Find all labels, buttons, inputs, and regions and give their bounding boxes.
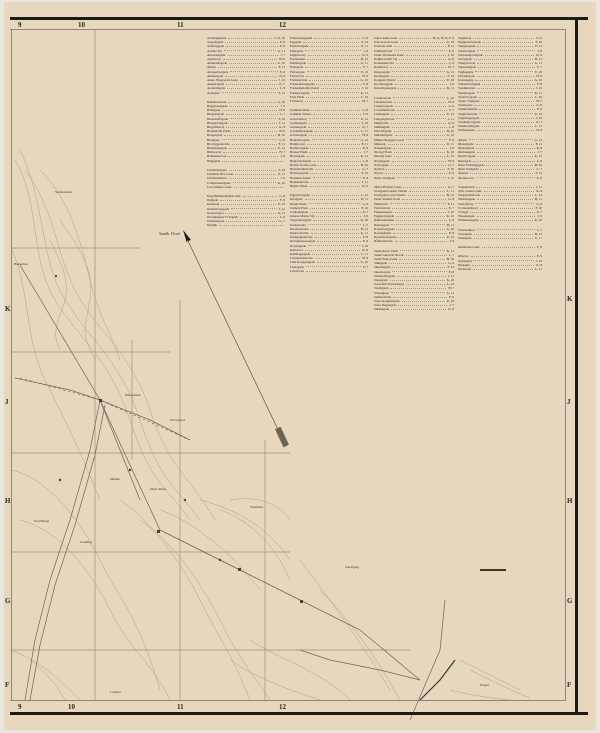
leader-dots bbox=[409, 189, 445, 192]
leader-dots bbox=[218, 65, 277, 68]
leader-dots bbox=[477, 197, 533, 200]
leader-dots bbox=[308, 244, 360, 247]
grid-reference: H, 7 bbox=[362, 99, 368, 103]
leader-dots bbox=[308, 53, 361, 56]
leader-dots bbox=[311, 180, 360, 183]
leader-dots bbox=[305, 49, 361, 52]
leader-dots bbox=[391, 163, 447, 166]
frame-top-border bbox=[10, 17, 588, 20]
leader-dots bbox=[480, 218, 532, 221]
leader-dots bbox=[477, 91, 533, 94]
leader-dots bbox=[481, 99, 534, 102]
leader-dots bbox=[312, 193, 359, 196]
grid-col-12-top: 12 bbox=[279, 21, 286, 29]
leader-dots bbox=[321, 86, 360, 89]
street-index-column-1: AabyhøjgadenG, 9, 10AagadegadeF, 9Aalbor… bbox=[207, 36, 285, 228]
street-name: Ørehoved bbox=[458, 267, 471, 271]
place-label: Søndermark bbox=[55, 190, 72, 194]
leader-dots bbox=[386, 167, 445, 170]
scale-bar bbox=[480, 569, 506, 571]
leader-dots bbox=[403, 185, 446, 188]
leader-dots bbox=[226, 44, 278, 47]
grid-col-9-bottom: 9 bbox=[18, 703, 22, 711]
leader-dots bbox=[315, 129, 359, 132]
leader-dots bbox=[309, 184, 360, 187]
leader-dots bbox=[475, 202, 534, 205]
leader-dots bbox=[391, 74, 445, 77]
leader-dots bbox=[306, 95, 359, 98]
inner-left-rule bbox=[11, 29, 12, 701]
leader-dots bbox=[306, 269, 366, 272]
leader-dots bbox=[479, 107, 535, 110]
inset-pointer-arrow bbox=[183, 230, 289, 447]
leader-dots bbox=[234, 185, 283, 188]
leader-dots bbox=[478, 154, 533, 157]
leader-dots bbox=[219, 223, 283, 226]
place-label: Bakkehus bbox=[14, 262, 28, 266]
leader-dots bbox=[229, 146, 276, 149]
grid-col-12-bottom: 12 bbox=[279, 703, 286, 711]
leader-dots bbox=[318, 163, 358, 166]
leader-dots bbox=[226, 219, 277, 222]
leader-dots bbox=[315, 235, 362, 238]
leader-dots bbox=[396, 117, 446, 120]
street-name: Suhmsgade bbox=[374, 307, 389, 311]
leader-dots bbox=[470, 210, 534, 213]
leader-dots bbox=[477, 44, 533, 47]
leader-dots bbox=[243, 194, 278, 197]
leader-dots bbox=[395, 210, 446, 213]
leader-dots bbox=[225, 211, 275, 214]
leader-dots bbox=[232, 142, 277, 145]
leader-dots bbox=[392, 270, 446, 273]
leader-dots bbox=[477, 150, 535, 153]
inner-top-rule bbox=[10, 29, 565, 30]
leader-dots bbox=[385, 171, 446, 174]
leader-dots bbox=[482, 193, 533, 196]
leader-dots bbox=[482, 245, 536, 248]
leader-dots bbox=[391, 223, 444, 226]
street-index-entry: Dyrkøb bbox=[207, 223, 285, 227]
leader-dots bbox=[221, 91, 276, 94]
leader-dots bbox=[392, 70, 445, 73]
grid-col-11-bottom: 11 bbox=[177, 703, 184, 711]
leader-dots bbox=[472, 263, 535, 266]
leader-dots bbox=[391, 291, 445, 294]
place-label: Nørremark bbox=[125, 393, 140, 397]
leader-dots bbox=[474, 259, 533, 262]
leader-dots bbox=[305, 99, 360, 102]
leader-dots bbox=[402, 299, 445, 302]
leader-dots bbox=[397, 108, 447, 111]
street-name: Løvstræde bbox=[290, 269, 304, 273]
leader-dots bbox=[393, 295, 447, 298]
leader-dots bbox=[227, 86, 278, 89]
leader-dots bbox=[226, 112, 278, 115]
leader-dots bbox=[228, 53, 279, 56]
grid-col-10-bottom: 10 bbox=[68, 703, 75, 711]
leader-dots bbox=[311, 231, 359, 234]
leader-dots bbox=[228, 154, 278, 157]
leader-dots bbox=[482, 124, 534, 127]
leader-dots bbox=[307, 142, 360, 145]
leader-dots bbox=[317, 239, 361, 242]
grid-reference: J, 12 bbox=[448, 176, 454, 180]
leader-dots bbox=[226, 125, 277, 128]
leader-dots bbox=[391, 307, 446, 310]
leader-dots bbox=[479, 95, 533, 98]
grid-row-g-left: G bbox=[5, 597, 10, 605]
leader-dots bbox=[311, 108, 360, 111]
street-name: Willemoesgade bbox=[458, 218, 478, 222]
leader-dots bbox=[316, 214, 361, 217]
leader-dots bbox=[395, 239, 448, 242]
leader-dots bbox=[476, 176, 535, 179]
leader-dots bbox=[399, 257, 444, 260]
leader-dots bbox=[474, 103, 534, 106]
leader-dots bbox=[309, 133, 360, 136]
leader-dots bbox=[485, 53, 534, 56]
leader-dots bbox=[392, 125, 447, 128]
street-index-entry: Løvstræde bbox=[290, 269, 368, 273]
leader-dots bbox=[392, 265, 445, 268]
leader-dots bbox=[486, 163, 532, 166]
leader-dots bbox=[406, 53, 446, 56]
frame-right-border bbox=[575, 17, 578, 715]
leader-dots bbox=[306, 265, 361, 268]
leader-dots bbox=[310, 210, 361, 213]
leader-dots bbox=[233, 181, 276, 184]
leader-dots bbox=[307, 70, 359, 73]
leader-dots bbox=[222, 138, 278, 141]
leader-dots bbox=[232, 129, 277, 132]
street-name: Zinnsgade bbox=[458, 236, 472, 240]
leader-dots bbox=[474, 236, 533, 239]
leader-dots bbox=[397, 274, 446, 277]
grid-row-f-left: F bbox=[5, 681, 9, 689]
leader-dots bbox=[474, 57, 533, 60]
grid-reference: K, 10 bbox=[535, 218, 542, 222]
leader-dots bbox=[230, 121, 277, 124]
leader-dots bbox=[476, 146, 534, 149]
leader-dots bbox=[313, 112, 361, 115]
place-label: Vestmark bbox=[250, 505, 263, 509]
leader-dots bbox=[477, 49, 535, 52]
leader-dots bbox=[313, 218, 358, 221]
leader-dots bbox=[305, 65, 361, 68]
leader-dots bbox=[229, 104, 278, 107]
leader-dots bbox=[310, 171, 359, 174]
grid-reference: J, 9 bbox=[449, 239, 454, 243]
grid-reference: F, 12 bbox=[278, 91, 285, 95]
leader-dots bbox=[391, 112, 445, 115]
inset-pointer-label: Sandb. Hvad bbox=[159, 231, 180, 236]
street-index-entry: SuhmsgadeK, 8 bbox=[374, 307, 454, 311]
leader-dots bbox=[398, 78, 445, 81]
leader-dots bbox=[398, 235, 445, 238]
leader-dots bbox=[309, 78, 358, 81]
leader-dots bbox=[303, 40, 359, 43]
leader-dots bbox=[228, 100, 275, 103]
street-index-column-3: Jakob Aalls GadeH, G, H, K, F, 9Jens Kof… bbox=[374, 36, 454, 312]
leader-dots bbox=[473, 36, 534, 39]
street-name: Krusemyntegade bbox=[374, 86, 396, 90]
leader-dots bbox=[471, 254, 535, 257]
grid-row-h-right: H bbox=[567, 497, 572, 505]
leader-dots bbox=[394, 154, 445, 157]
leader-dots bbox=[484, 189, 535, 192]
leader-dots bbox=[477, 61, 533, 64]
leader-dots bbox=[477, 128, 535, 131]
leader-dots bbox=[223, 150, 277, 153]
leader-dots bbox=[229, 176, 279, 179]
leader-dots bbox=[315, 256, 361, 259]
street-name: Ahlefeldts Gade bbox=[458, 245, 480, 249]
leader-dots bbox=[309, 117, 359, 120]
leader-dots bbox=[396, 214, 445, 217]
leader-dots bbox=[474, 232, 533, 235]
grid-row-h-left: H bbox=[5, 497, 10, 505]
grid-reference: L, 11 bbox=[535, 267, 542, 271]
street-name: Rådhusstræde bbox=[374, 239, 393, 243]
street-index-column-2: EckersbergsgadeG, 9EgegadeF, 10Ejdersted… bbox=[290, 36, 368, 273]
street-index-entry: ØrehovedL, 11 bbox=[458, 267, 542, 271]
inner-bottom-rule bbox=[10, 700, 565, 701]
grid-row-k-right: K bbox=[567, 295, 572, 303]
leader-dots bbox=[390, 202, 446, 205]
leader-dots bbox=[402, 197, 446, 200]
leader-dots bbox=[312, 91, 359, 94]
leader-dots bbox=[394, 44, 446, 47]
leader-dots bbox=[477, 74, 534, 77]
leader-dots bbox=[308, 223, 361, 226]
leader-dots bbox=[222, 159, 283, 162]
leader-dots bbox=[395, 104, 446, 107]
street-index-column-4: TagensvejG, 9TeglgaardsstrædeF, 10Tietge… bbox=[458, 36, 542, 271]
leader-dots bbox=[393, 96, 445, 99]
leader-dots bbox=[229, 61, 276, 64]
leader-dots bbox=[477, 214, 536, 217]
street-name: Asylgade bbox=[207, 91, 219, 95]
leader-dots bbox=[223, 57, 278, 60]
leader-dots bbox=[305, 197, 359, 200]
leader-dots bbox=[470, 171, 534, 174]
street-name: Dyrkøb bbox=[207, 223, 217, 227]
leader-dots bbox=[396, 61, 447, 64]
leader-dots bbox=[228, 36, 272, 39]
leader-dots bbox=[313, 159, 360, 162]
leader-dots bbox=[476, 228, 534, 231]
place-label: Skovgaard bbox=[170, 418, 185, 422]
leader-dots bbox=[312, 252, 359, 255]
leader-dots bbox=[309, 121, 360, 124]
leader-dots bbox=[230, 70, 277, 73]
leader-dots bbox=[393, 146, 447, 149]
leader-dots bbox=[473, 159, 534, 162]
leader-dots bbox=[316, 82, 361, 85]
leader-dots bbox=[308, 61, 359, 64]
place-label: Grønhøj bbox=[80, 540, 92, 544]
leader-dots bbox=[398, 86, 444, 89]
leader-dots bbox=[397, 176, 446, 179]
leader-dots bbox=[231, 207, 277, 210]
leader-dots bbox=[389, 261, 446, 264]
grid-reference: E, 8 bbox=[537, 176, 542, 180]
leader-dots bbox=[388, 142, 445, 145]
leader-dots bbox=[310, 146, 360, 149]
street-name: Åboulevard bbox=[458, 176, 474, 180]
grid-reference: G, 11 bbox=[535, 236, 542, 240]
leader-dots bbox=[393, 231, 447, 234]
leader-dots bbox=[230, 117, 276, 120]
place-label: Ved Banen bbox=[34, 519, 49, 523]
leader-dots bbox=[313, 176, 361, 179]
leader-dots bbox=[235, 172, 276, 175]
leader-dots bbox=[225, 40, 278, 43]
leader-dots bbox=[394, 129, 445, 132]
grid-row-f-right: F bbox=[567, 681, 571, 689]
leader-dots bbox=[475, 70, 533, 73]
leader-dots bbox=[224, 49, 276, 52]
leader-dots bbox=[314, 36, 360, 39]
grid-reference: K, 9 bbox=[362, 184, 368, 188]
street-name: Cort Adelers Gade bbox=[207, 185, 232, 189]
leader-dots bbox=[240, 78, 277, 81]
leader-dots bbox=[481, 116, 533, 119]
leader-dots bbox=[400, 249, 445, 252]
grid-col-10-top: 10 bbox=[78, 21, 85, 29]
leader-dots bbox=[400, 40, 445, 43]
leader-dots bbox=[390, 286, 446, 289]
street-name: Fælledvej bbox=[290, 99, 303, 103]
leader-dots bbox=[394, 100, 446, 103]
grid-reference: K, 11 bbox=[447, 86, 454, 90]
place-label: Møllen bbox=[110, 477, 120, 481]
grid-row-j-right: J bbox=[567, 398, 571, 406]
leader-dots bbox=[312, 138, 359, 141]
place-label: Engen bbox=[480, 683, 489, 687]
grid-row-k-left: K bbox=[5, 305, 10, 313]
inner-right-rule bbox=[565, 29, 566, 701]
street-name: Bøgegade bbox=[207, 159, 220, 163]
leader-dots bbox=[390, 65, 447, 68]
leader-dots bbox=[310, 227, 358, 230]
grid-col-9-top: 9 bbox=[18, 21, 22, 29]
leader-dots bbox=[309, 150, 361, 153]
grid-reference: H, 8 bbox=[536, 128, 542, 132]
grid-row-g-right: G bbox=[567, 597, 572, 605]
grid-row-j-left: J bbox=[5, 398, 9, 406]
leader-dots bbox=[392, 159, 447, 162]
place-label: Sandbjerg bbox=[345, 565, 359, 569]
leader-dots bbox=[396, 227, 444, 230]
leader-dots bbox=[399, 57, 446, 60]
frame-bottom-border bbox=[10, 712, 588, 715]
leader-dots bbox=[392, 206, 447, 209]
leader-dots bbox=[310, 206, 359, 209]
leader-dots bbox=[408, 193, 445, 196]
leader-dots bbox=[229, 168, 277, 171]
leader-dots bbox=[221, 202, 276, 205]
leader-dots bbox=[395, 133, 445, 136]
leader-dots bbox=[240, 215, 278, 218]
leader-dots bbox=[406, 138, 447, 141]
leader-dots bbox=[406, 253, 447, 256]
leader-dots bbox=[316, 167, 361, 170]
street-name: Nørre Voldgade bbox=[374, 176, 395, 180]
leader-dots bbox=[394, 150, 445, 153]
leader-dots bbox=[394, 49, 447, 52]
leader-dots bbox=[220, 198, 278, 201]
leader-dots bbox=[225, 74, 277, 77]
leader-dots bbox=[224, 133, 275, 136]
place-label: Øster Mark bbox=[150, 487, 166, 491]
leader-dots bbox=[307, 57, 358, 60]
leader-dots bbox=[398, 303, 447, 306]
leader-dots bbox=[477, 86, 534, 89]
leader-dots bbox=[317, 260, 359, 263]
leader-dots bbox=[395, 82, 447, 85]
leader-dots bbox=[480, 167, 534, 170]
street-name: Wildersgade bbox=[458, 128, 475, 132]
street-name: Højbro Plads bbox=[290, 184, 307, 188]
grid-reference: F, 8 bbox=[537, 245, 542, 249]
grid-col-11-top: 11 bbox=[177, 21, 184, 29]
leader-dots bbox=[479, 112, 533, 115]
leader-dots bbox=[473, 267, 533, 270]
leader-dots bbox=[469, 138, 533, 141]
leader-dots bbox=[483, 40, 533, 43]
place-label: Lunden bbox=[110, 690, 121, 694]
leader-dots bbox=[308, 125, 360, 128]
leader-dots bbox=[226, 82, 277, 85]
grid-reference: K, 8 bbox=[448, 307, 454, 311]
leader-dots bbox=[391, 121, 447, 124]
leader-dots bbox=[307, 154, 359, 157]
leader-dots bbox=[305, 248, 361, 251]
leader-dots bbox=[475, 78, 532, 81]
leader-dots bbox=[476, 185, 533, 188]
leader-dots bbox=[306, 74, 360, 77]
leader-dots bbox=[483, 120, 535, 123]
leader-dots bbox=[222, 108, 277, 111]
leader-dots bbox=[406, 282, 445, 285]
leader-dots bbox=[476, 142, 534, 145]
leader-dots bbox=[478, 65, 535, 68]
leader-dots bbox=[482, 82, 535, 85]
leader-dots bbox=[396, 218, 447, 221]
leader-dots bbox=[309, 202, 361, 205]
leader-dots bbox=[399, 36, 431, 39]
leader-dots bbox=[311, 44, 359, 47]
leader-dots bbox=[480, 206, 534, 209]
leader-dots bbox=[390, 278, 445, 281]
